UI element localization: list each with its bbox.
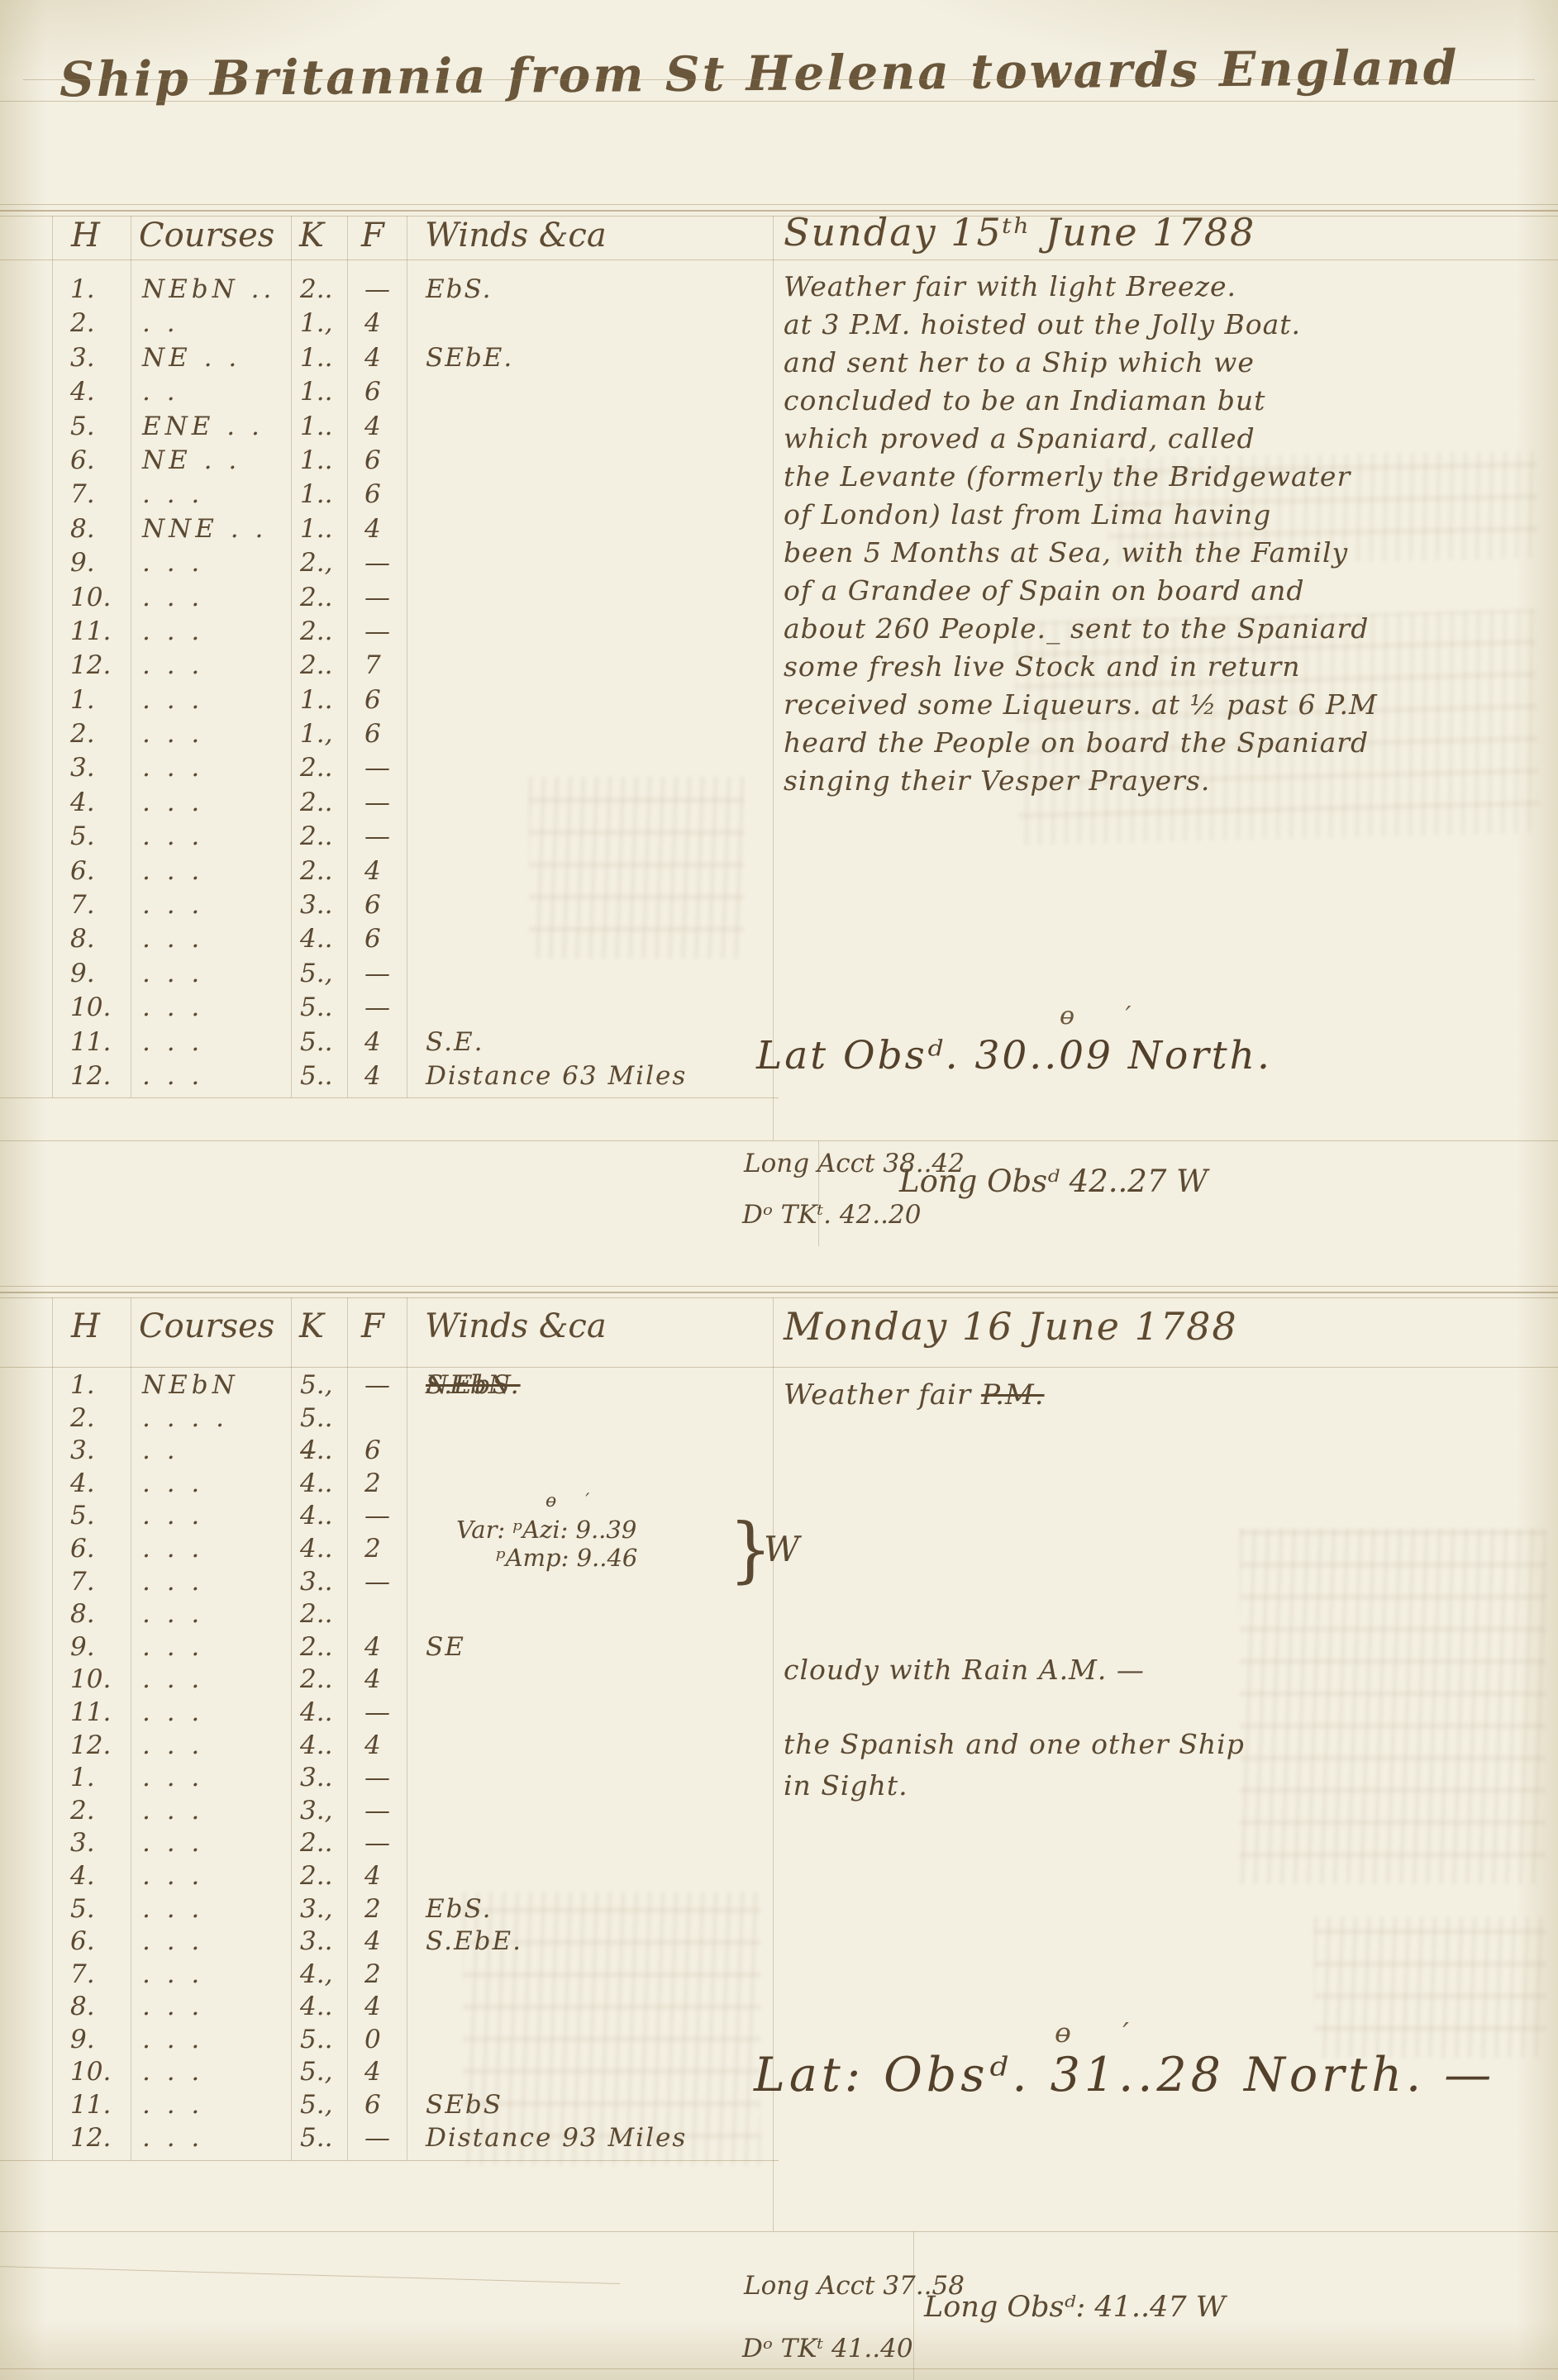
weather-struck-text: P.M. <box>981 1378 1044 1411</box>
fathoms-value: — <box>364 1567 411 1597</box>
fathoms-value: — <box>364 1796 411 1825</box>
fathoms-value: 4 <box>364 2057 411 2087</box>
log-hour-row: 1. . . . 3.. — <box>0 1763 793 1796</box>
fathoms-value: — <box>364 1370 411 1400</box>
remark-line: in Sight. <box>784 1765 1245 1806</box>
log-hour-row: 3. . . . 2.. — <box>0 1828 793 1861</box>
log-hour-row: 10. . . . 2.. 4 <box>0 1664 793 1697</box>
log-hour-row: 10. . . . 5., 4 <box>0 2057 793 2090</box>
course-value: . . . <box>142 1992 295 2021</box>
fathoms-value: 4 <box>364 1861 411 1891</box>
knots-value: 5., <box>300 2057 346 2087</box>
fathoms-value: 2 <box>364 1959 411 1989</box>
fathoms-value: — <box>364 2123 411 2153</box>
fathoms-value: 4 <box>364 1926 411 1956</box>
course-value: . . . <box>142 1861 295 1891</box>
remark-line: cloudy with Rain A.M. — <box>784 1649 1245 1691</box>
knots-value: 4.. <box>300 1468 346 1498</box>
knots-value: 2.. <box>300 1599 346 1629</box>
course-value: . . . <box>142 1959 295 1989</box>
column-header-hours: H <box>71 1307 100 1345</box>
remarks-day2: Monday 16 June 1788 <box>784 1304 1552 1362</box>
course-value: . . <box>142 1435 295 1465</box>
hour-value: 3. <box>70 1828 121 1858</box>
fathoms-value: 6 <box>364 1435 411 1465</box>
fathoms-value: 4 <box>364 1632 411 1662</box>
knots-value: 2.. <box>300 1632 346 1662</box>
knots-value: 4.. <box>300 1697 346 1727</box>
hour-value: 6. <box>70 1926 121 1956</box>
knots-value: 3., <box>300 1894 346 1924</box>
hour-value: 7. <box>70 1959 121 1989</box>
knots-value: 4., <box>300 1959 346 1989</box>
hour-value: 5. <box>70 1501 121 1530</box>
course-value: . . . <box>142 1926 295 1956</box>
course-value: . . . <box>142 1567 295 1597</box>
course-value: . . . <box>142 2057 295 2087</box>
knots-value: 5.. <box>300 2025 346 2054</box>
log-hour-row: 8. . . . 4.. 4 <box>0 1992 793 2025</box>
fathoms-value: 4 <box>364 1730 411 1760</box>
hour-value: 10. <box>70 1664 121 1694</box>
knots-value: 5.. <box>300 1403 346 1433</box>
hour-value: 4. <box>70 1468 121 1498</box>
knots-value: 4.. <box>300 1992 346 2021</box>
wind-value: Distance 93 Miles <box>426 2123 687 2153</box>
fathoms-value: 2 <box>364 1468 411 1498</box>
course-value: . . . <box>142 1796 295 1825</box>
log-hour-row: 2. . . . 3., — <box>0 1796 793 1829</box>
wind-value: EbS. <box>426 1894 492 1924</box>
course-value: . . . <box>142 1894 295 1924</box>
knots-value: 4.. <box>300 1534 346 1564</box>
degree-minute-marks: ɵ ′ <box>546 1491 601 1511</box>
knots-value: 3.. <box>300 1567 346 1597</box>
weather-text: Weather fair <box>784 1378 981 1411</box>
log-hour-row: 12. . . . 4.. 4 <box>0 1730 793 1764</box>
fathoms-value: 4 <box>364 1664 411 1694</box>
log-hour-row: 1. NEbN 5., — NEbN.S.EbS. <box>0 1370 793 1403</box>
logbook-page: Ship Britannia from St Helena towards En… <box>0 0 1558 2380</box>
course-value: . . . <box>142 2025 295 2054</box>
knots-value: 2.. <box>300 1828 346 1858</box>
log-hour-row: 9. . . . 5.. 0 <box>0 2025 793 2058</box>
course-value: . . . . <box>142 1403 295 1433</box>
log-hour-row: 2. . . . . 5.. <box>0 1403 793 1436</box>
knots-value: 3.. <box>300 1926 346 1956</box>
log-rows-day2: 1. NEbN 5., — NEbN.S.EbS. 2. . . . . 5..… <box>0 1370 793 2155</box>
variation-west: W <box>764 1529 799 1569</box>
log-hour-row: 6. . . . 3.. 4 S.EbE. <box>0 1926 793 1959</box>
hour-value: 11. <box>70 2090 121 2120</box>
hour-value: 10. <box>70 2057 121 2087</box>
course-value: . . . <box>142 1763 295 1792</box>
column-header-fathoms: F <box>361 1307 384 1345</box>
hour-value: 8. <box>70 1992 121 2021</box>
log-hour-row: 4. . . . 2.. 4 <box>0 1861 793 1894</box>
column-header-winds: Winds &ca <box>425 1307 607 1345</box>
knots-value: 2.. <box>300 1664 346 1694</box>
knots-value: 3., <box>300 1796 346 1825</box>
course-value: . . . <box>142 2090 295 2120</box>
hour-value: 2. <box>70 1796 121 1825</box>
hour-value: 8. <box>70 1599 121 1629</box>
hour-value: 11. <box>70 1697 121 1727</box>
variation-observation: ɵ ′ Var: ᵖAzi: 9..39 ᵖAmp: 9..46 } W <box>456 1516 803 1572</box>
log-hour-row: 3. . . 4̶.. 6 <box>0 1435 793 1468</box>
course-value: . . . <box>142 1697 295 1727</box>
longitude-observed: Long Obsᵈ: 41..47 W <box>924 2291 1226 2324</box>
course-value: . . . <box>142 1664 295 1694</box>
course-value: . . . <box>142 1730 295 1760</box>
remarks-text-pm: cloudy with Rain A.M. —the Spanish and o… <box>784 1649 1245 1806</box>
log-hour-row: 8. . . . 2.. <box>0 1599 793 1632</box>
course-value: . . . <box>142 1599 295 1629</box>
wind-value: SEbS <box>426 2090 503 2120</box>
log-hour-row: 12. . . . 5.. — Distance 93 Miles <box>0 2123 793 2156</box>
longitude-timekeeper: Dᵒ TKᵗ 41..40 <box>742 2334 913 2363</box>
course-value: . . . <box>142 1828 295 1858</box>
course-value: . . . <box>142 1468 295 1498</box>
hour-value: 5. <box>70 1894 121 1924</box>
wind-value: S.EbS. <box>426 1370 520 1400</box>
hour-value: 12. <box>70 2123 121 2153</box>
knots-value: 4.. <box>300 1730 346 1760</box>
fathoms-value: 2 <box>364 1534 411 1564</box>
fathoms-value: — <box>364 1828 411 1858</box>
knots-value: 5., <box>300 1370 346 1400</box>
hour-value: 7. <box>70 1567 121 1597</box>
hour-value: 12. <box>70 1730 121 1760</box>
log-hour-row: 11. . . . 5., 6 SEbS <box>0 2090 793 2123</box>
hour-value: 2. <box>70 1403 121 1433</box>
hour-value: 6. <box>70 1534 121 1564</box>
log-hour-row: 4. . . . 4.. 2 <box>0 1468 793 1502</box>
course-value: . . . <box>142 1534 295 1564</box>
fathoms-value: 0 <box>364 2025 411 2054</box>
knots-value: 5., <box>300 2090 346 2120</box>
knots-value: 2.. <box>300 1861 346 1891</box>
log-hour-row: 9. . . . 2.. 4 SE <box>0 1632 793 1665</box>
knots-value: 5.. <box>300 2123 346 2153</box>
log-hour-row: 5. . . . 3., 2 EbS. <box>0 1894 793 1927</box>
fathoms-value: — <box>364 1763 411 1792</box>
log-hour-row: 7. . . . 4., 2 <box>0 1959 793 1992</box>
remark-line: the Spanish and one other Ship <box>784 1724 1245 1765</box>
entry-date: Monday 16 June 1788 <box>784 1304 1552 1349</box>
hour-value: 3. <box>70 1435 121 1465</box>
degree-minute-marks: ɵ ′ <box>1055 2016 1151 2049</box>
course-value: . . . <box>142 2123 295 2153</box>
hour-value: 4. <box>70 1861 121 1891</box>
hour-value: 1. <box>70 1763 121 1792</box>
hour-value: 9. <box>70 2025 121 2054</box>
latitude-observed: Lat: Obsᵈ. 31..28 North. — <box>754 2048 1495 2102</box>
fathoms-value: — <box>364 1501 411 1530</box>
course-value: . . . <box>142 1501 295 1530</box>
course-value: . . . <box>142 1632 295 1662</box>
log-entry-monday: H Courses K F Winds &ca 1. NEbN 5., — NE… <box>0 0 1558 2380</box>
fathoms-value: 2 <box>364 1894 411 1924</box>
knots-value: 4.. <box>300 1501 346 1530</box>
course-value: NEbN <box>142 1370 295 1400</box>
column-header-knots: K <box>299 1307 324 1345</box>
knots-value: 4̶.. <box>300 1435 346 1465</box>
wind-value: S.EbE. <box>426 1926 522 1956</box>
fathoms-value: 6 <box>364 2090 411 2120</box>
hour-value: 1. <box>70 1370 121 1400</box>
log-hour-row: 11. . . . 4.. — <box>0 1697 793 1730</box>
fathoms-value: — <box>364 1697 411 1727</box>
fathoms-value: 4 <box>364 1992 411 2021</box>
weather-note: Weather fair P.M. <box>784 1378 1045 1411</box>
hour-value: 9. <box>70 1632 121 1662</box>
knots-value: 3.. <box>300 1763 346 1792</box>
wind-value: SE <box>426 1632 465 1662</box>
column-header-courses: Courses <box>139 1307 274 1345</box>
